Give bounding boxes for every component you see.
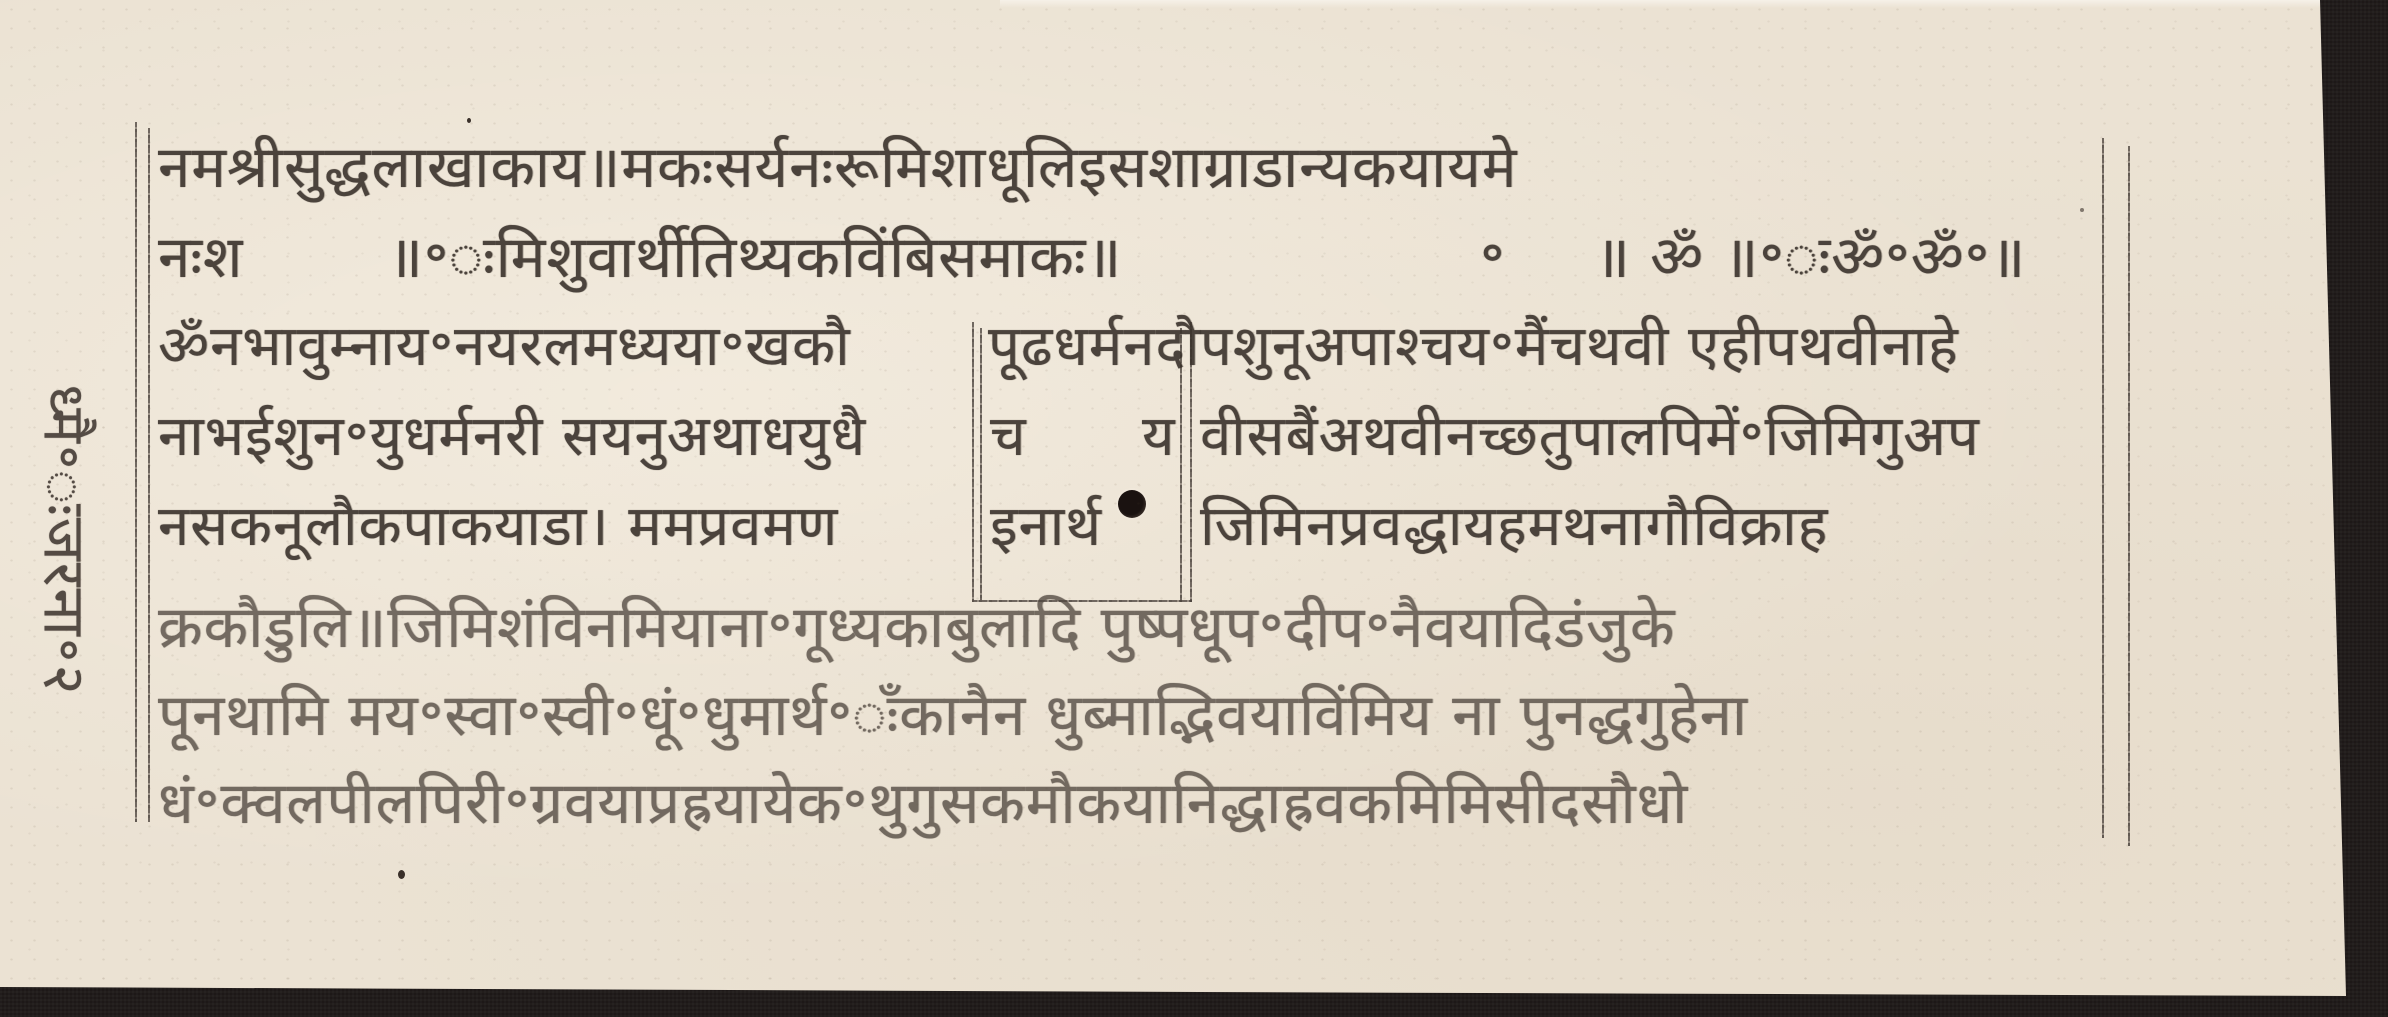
- text-line-5-left: नसकनूलौकपाकयाडा। ममप्रवमण: [158, 492, 838, 562]
- ink-speck: [467, 118, 471, 123]
- text-line-5-right: जिमिनप्रवद्धायहमथनागौविक्राह: [1200, 492, 1828, 562]
- text-line-2a: नःश: [158, 222, 243, 292]
- panel-left-inner-rule: [980, 328, 982, 600]
- text-line-2d: ॥ ॐ ॥॰ःॐ॰ॐ॰॥: [1595, 222, 2026, 292]
- text-line-6: क्रकौडुलि॥जिमिशंविनमियाना॰गूध्यकाबुलादि …: [158, 592, 1675, 662]
- text-line-4-right: वीसबैंअथवीनच्छतुपालपिमें॰जिमिगुअप: [1200, 402, 1980, 472]
- text-line-3-right: पशुनूअपाश्चय॰मैंचथवी एहीपथवीनाहे: [1200, 312, 1959, 382]
- frame-left-outer-rule: [135, 122, 137, 822]
- text-line-7: पूनथामि मय॰स्वा॰स्वी॰धूं॰धुमार्थ॰ःँकानैन…: [158, 680, 1748, 750]
- paper-edge-highlight: [1000, 0, 2320, 8]
- frame-left-inner-rule: [148, 128, 150, 822]
- text-line-4-panel-a: च: [990, 402, 1027, 472]
- manuscript-folio: ध्मै॰ःजरना॰२ नमश्रीसुद्धलाखाकाय॥मकःसर्यन…: [0, 0, 2346, 998]
- text-line-3-left: ॐनभावुम्नाय॰नयरलमध्यया॰खकौ: [158, 312, 851, 382]
- ink-speck: [398, 870, 405, 879]
- text-line-8: धं॰क्वलपीलपिरी॰ग्रवयाप्रह्रयायेक॰थुगुसकम…: [158, 768, 1688, 838]
- ink-speck: [2080, 208, 2084, 212]
- frame-right-inner-rule: [2102, 138, 2104, 838]
- text-line-1: नमश्रीसुद्धलाखाकाय॥मकःसर्यनःरूमिशाधूलिइस…: [158, 132, 1517, 202]
- text-line-4-panel-b: य: [1142, 402, 1175, 472]
- text-line-3-panel: पूढधर्मनदौ: [988, 312, 1201, 382]
- text-line-4-left: नाभईशुन॰युधर्मनरी सयनुअथाधयुधै: [158, 402, 866, 472]
- text-line-2b: ॥॰ःमिशुवार्थीतिथ्यकविंबिसमाकः॥: [388, 222, 1122, 292]
- binding-hole: [1118, 490, 1146, 518]
- text-line-2c: ॰: [1480, 222, 1506, 292]
- margin-annotation: ध्मै॰ःजरना॰२: [20, 225, 115, 855]
- dark-fabric-background: ध्मै॰ःजरना॰२ नमश्रीसुद्धलाखाकाय॥मकःसर्यन…: [0, 0, 2388, 1017]
- margin-annotation-text: ध्मै॰ःजरना॰२: [28, 384, 107, 696]
- frame-right-outer-rule: [2128, 146, 2130, 846]
- text-line-5-panel: इनार्थ: [990, 492, 1102, 562]
- panel-left-rule: [972, 322, 974, 602]
